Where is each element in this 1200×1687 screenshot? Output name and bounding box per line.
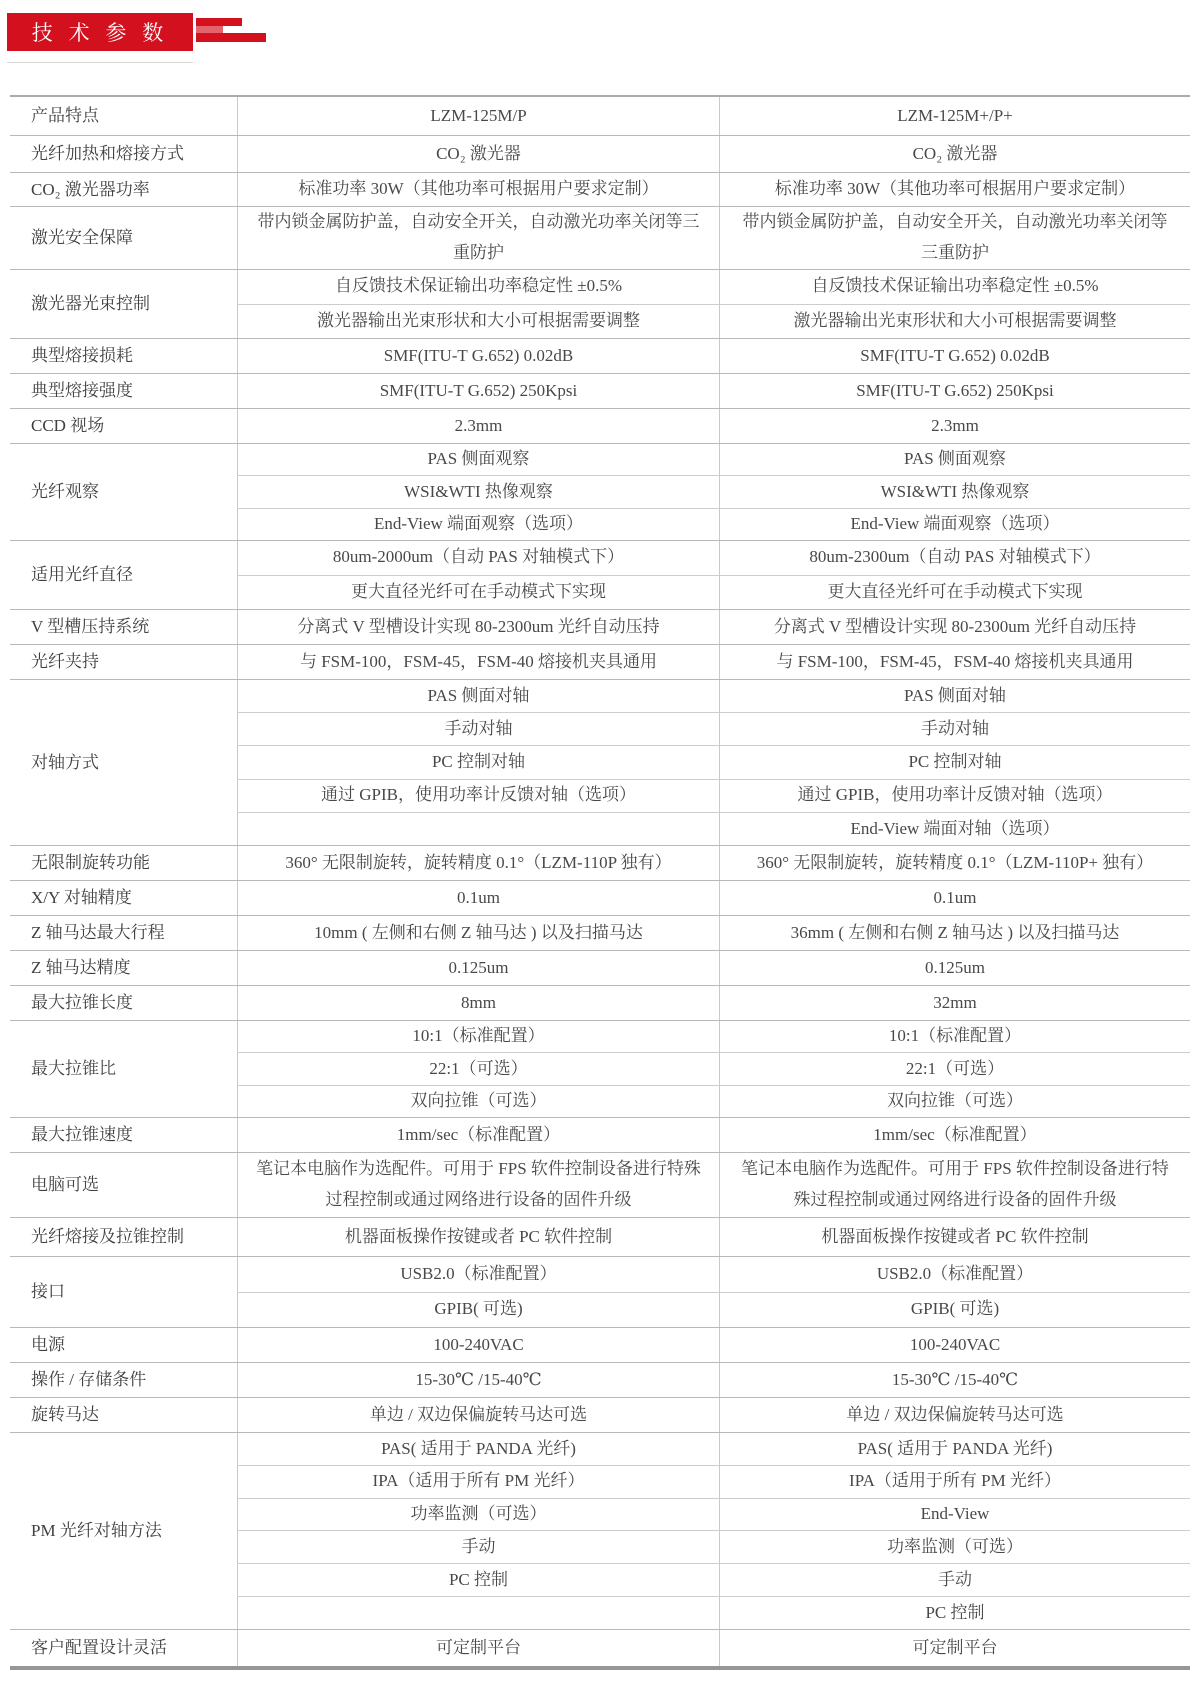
row-label: Z 轴马达最大行程: [10, 916, 237, 950]
cell-value: LZM-125M/P: [238, 97, 719, 135]
cell-value: 单边 / 双边保偏旋转马达可选: [238, 1398, 719, 1432]
row-label: 典型熔接强度: [10, 374, 237, 408]
table-row: 激光器光束控制自反馈技术保证输出功率稳定性 ±0.5%激光器输出光束形状和大小可…: [10, 270, 1190, 339]
cell-value: GPIB( 可选): [238, 1292, 719, 1328]
row-label: 最大拉锥长度: [10, 986, 237, 1020]
table-row: 光纤加热和熔接方式CO₂ 激光器CO₂ 激光器: [10, 136, 1190, 173]
column-lzm-125mp: 8mm: [237, 986, 719, 1020]
cell-value: PC 控制: [238, 1563, 719, 1596]
row-label: 电源: [10, 1328, 237, 1362]
column-lzm-125mp: 80um-2000um（自动 PAS 对轴模式下）更大直径光纤可在手动模式下实现: [237, 541, 719, 609]
table-row: 无限制旋转功能360° 无限制旋转，旋转精度 0.1°（LZM-110P 独有）…: [10, 846, 1190, 881]
row-label: 最大拉锥速度: [10, 1118, 237, 1152]
column-lzm-125mp: 单边 / 双边保偏旋转马达可选: [237, 1398, 719, 1432]
column-lzm-125mp-plus: USB2.0（标准配置）GPIB( 可选): [719, 1257, 1190, 1327]
column-lzm-125mp-plus: PAS( 适用于 PANDA 光纤)IPA（适用于所有 PM 光纤）End-Vi…: [719, 1433, 1190, 1629]
cell-value: 手动: [238, 1530, 719, 1563]
header-accent-bars-icon: [196, 18, 296, 44]
section-title: 技 术 参 数: [32, 17, 169, 47]
table-row: 电源100-240VAC100-240VAC: [10, 1328, 1190, 1363]
row-label: 光纤熔接及拉锥控制: [10, 1218, 237, 1256]
table-row: 典型熔接损耗SMF(ITU-T G.652) 0.02dBSMF(ITU-T G…: [10, 339, 1190, 374]
row-label: 无限制旋转功能: [10, 846, 237, 880]
table-row: Z 轴马达精度0.125um0.125um: [10, 951, 1190, 986]
cell-value: [238, 812, 719, 845]
cell-value: CO₂ 激光器: [720, 136, 1190, 172]
table-row: 典型熔接强度SMF(ITU-T G.652) 250KpsiSMF(ITU-T …: [10, 374, 1190, 409]
column-lzm-125mp-plus: SMF(ITU-T G.652) 250Kpsi: [719, 374, 1190, 408]
cell-value: 8mm: [238, 986, 719, 1020]
column-lzm-125mp-plus: 2.3mm: [719, 409, 1190, 443]
cell-value: PC 控制对轴: [720, 745, 1190, 778]
cell-value: IPA（适用于所有 PM 光纤）: [238, 1465, 719, 1498]
column-lzm-125mp-plus: 标准功率 30W（其他功率可根据用户要求定制）: [719, 173, 1190, 206]
cell-value: PAS 侧面观察: [238, 444, 719, 475]
cell-value: 可定制平台: [238, 1630, 719, 1666]
row-label: 激光器光束控制: [10, 270, 237, 338]
table-row: 光纤夹持与 FSM-100，FSM-45，FSM-40 熔接机夹具通用与 FSM…: [10, 645, 1190, 680]
cell-value: 通过 GPIB，使用功率计反馈对轴（选项）: [238, 779, 719, 812]
table-row: 最大拉锥速度1mm/sec（标准配置）1mm/sec（标准配置）: [10, 1118, 1190, 1153]
row-label: 光纤观察: [10, 444, 237, 540]
cell-value: End-View 端面观察（选项）: [720, 508, 1190, 540]
cell-value: 带内锁金属防护盖，自动安全开关，自动激光功率关闭等三重防护: [238, 207, 719, 269]
column-lzm-125mp: 10mm ( 左侧和右侧 Z 轴马达 ) 以及扫描马达: [237, 916, 719, 950]
table-row: 最大拉锥长度8mm32mm: [10, 986, 1190, 1021]
row-label: X/Y 对轴精度: [10, 881, 237, 915]
table-row: X/Y 对轴精度0.1um0.1um: [10, 881, 1190, 916]
table-row: 客户配置设计灵活可定制平台可定制平台: [10, 1630, 1190, 1666]
cell-value: WSI&WTI 热像观察: [720, 475, 1190, 507]
column-lzm-125mp: CO₂ 激光器: [237, 136, 719, 172]
column-lzm-125mp: LZM-125M/P: [237, 97, 719, 135]
table-row: 旋转马达单边 / 双边保偏旋转马达可选单边 / 双边保偏旋转马达可选: [10, 1398, 1190, 1433]
cell-value: 360° 无限制旋转，旋转精度 0.1°（LZM-110P+ 独有）: [720, 846, 1190, 880]
cell-value: 机器面板操作按键或者 PC 软件控制: [720, 1218, 1190, 1256]
column-lzm-125mp-plus: 与 FSM-100，FSM-45，FSM-40 熔接机夹具通用: [719, 645, 1190, 679]
row-label: 适用光纤直径: [10, 541, 237, 609]
column-lzm-125mp: 带内锁金属防护盖，自动安全开关，自动激光功率关闭等三重防护: [237, 207, 719, 269]
column-lzm-125mp: 15-30℃ /15-40℃: [237, 1363, 719, 1397]
column-lzm-125mp: 自反馈技术保证输出功率稳定性 ±0.5%激光器输出光束形状和大小可根据需要调整: [237, 270, 719, 338]
cell-value: 笔记本电脑作为选配件。可用于 FPS 软件控制设备进行特殊过程控制或通过网络进行…: [238, 1153, 719, 1217]
cell-value: End-View 端面观察（选项）: [238, 508, 719, 540]
column-lzm-125mp: 机器面板操作按键或者 PC 软件控制: [237, 1218, 719, 1256]
cell-value: PAS 侧面对轴: [720, 680, 1190, 712]
cell-value: 1mm/sec（标准配置）: [720, 1118, 1190, 1152]
column-lzm-125mp: SMF(ITU-T G.652) 250Kpsi: [237, 374, 719, 408]
row-label: 光纤加热和熔接方式: [10, 136, 237, 172]
cell-value: SMF(ITU-T G.652) 250Kpsi: [720, 374, 1190, 408]
accent-bar-middle: [196, 26, 223, 33]
row-label: 光纤夹持: [10, 645, 237, 679]
column-lzm-125mp: SMF(ITU-T G.652) 0.02dB: [237, 339, 719, 373]
cell-value: 80um-2300um（自动 PAS 对轴模式下）: [720, 541, 1190, 575]
cell-value: 分离式 V 型槽设计实现 80-2300um 光纤自动压持: [720, 610, 1190, 644]
cell-value: PC 控制对轴: [238, 745, 719, 778]
column-lzm-125mp-plus: 可定制平台: [719, 1630, 1190, 1666]
cell-value: 自反馈技术保证输出功率稳定性 ±0.5%: [238, 270, 719, 304]
cell-value: 2.3mm: [720, 409, 1190, 443]
cell-value: 15-30℃ /15-40℃: [238, 1363, 719, 1397]
column-lzm-125mp-plus: 1mm/sec（标准配置）: [719, 1118, 1190, 1152]
cell-value: 0.125um: [238, 951, 719, 985]
cell-value: 激光器输出光束形状和大小可根据需要调整: [720, 304, 1190, 339]
table-row: 光纤观察PAS 侧面观察WSI&WTI 热像观察End-View 端面观察（选项…: [10, 444, 1190, 541]
row-label: V 型槽压持系统: [10, 610, 237, 644]
accent-bar-top: [196, 18, 242, 26]
column-lzm-125mp-plus: 36mm ( 左侧和右侧 Z 轴马达 ) 以及扫描马达: [719, 916, 1190, 950]
column-lzm-125mp-plus: PAS 侧面对轴手动对轴PC 控制对轴通过 GPIB，使用功率计反馈对轴（选项）…: [719, 680, 1190, 845]
row-label: 电脑可选: [10, 1153, 237, 1217]
table-row: 光纤熔接及拉锥控制机器面板操作按键或者 PC 软件控制机器面板操作按键或者 PC…: [10, 1218, 1190, 1257]
cell-value: 15-30℃ /15-40℃: [720, 1363, 1190, 1397]
cell-value: USB2.0（标准配置）: [238, 1257, 719, 1292]
row-label: CO₂ 激光器功率: [10, 173, 237, 206]
column-lzm-125mp: 100-240VAC: [237, 1328, 719, 1362]
cell-value: SMF(ITU-T G.652) 250Kpsi: [238, 374, 719, 408]
cell-value: 0.125um: [720, 951, 1190, 985]
table-row: CCD 视场2.3mm2.3mm: [10, 409, 1190, 444]
cell-value: 手动: [720, 1563, 1190, 1596]
cell-value: 功率监测（可选）: [238, 1498, 719, 1531]
cell-value: 标准功率 30W（其他功率可根据用户要求定制）: [238, 173, 719, 206]
cell-value: IPA（适用于所有 PM 光纤）: [720, 1465, 1190, 1498]
cell-value: 0.1um: [238, 881, 719, 915]
row-label: CCD 视场: [10, 409, 237, 443]
title-underline: [7, 62, 193, 63]
cell-value: PC 控制: [720, 1596, 1190, 1629]
spec-table: 产品特点LZM-125M/PLZM-125M+/P+光纤加热和熔接方式CO₂ 激…: [10, 95, 1190, 1670]
cell-value: 与 FSM-100，FSM-45，FSM-40 熔接机夹具通用: [720, 645, 1190, 679]
table-row: CO₂ 激光器功率标准功率 30W（其他功率可根据用户要求定制）标准功率 30W…: [10, 173, 1190, 207]
cell-value: 1mm/sec（标准配置）: [238, 1118, 719, 1152]
column-lzm-125mp-plus: 0.125um: [719, 951, 1190, 985]
column-lzm-125mp: USB2.0（标准配置）GPIB( 可选): [237, 1257, 719, 1327]
table-row: V 型槽压持系统分离式 V 型槽设计实现 80-2300um 光纤自动压持分离式…: [10, 610, 1190, 645]
cell-value: 与 FSM-100，FSM-45，FSM-40 熔接机夹具通用: [238, 645, 719, 679]
column-lzm-125mp-plus: 单边 / 双边保偏旋转马达可选: [719, 1398, 1190, 1432]
cell-value: 带内锁金属防护盖，自动安全开关，自动激光功率关闭等三重防护: [720, 207, 1190, 269]
cell-value: PAS( 适用于 PANDA 光纤): [238, 1433, 719, 1465]
column-lzm-125mp: PAS 侧面观察WSI&WTI 热像观察End-View 端面观察（选项）: [237, 444, 719, 540]
cell-value: GPIB( 可选): [720, 1292, 1190, 1328]
table-row: 对轴方式PAS 侧面对轴手动对轴PC 控制对轴通过 GPIB，使用功率计反馈对轴…: [10, 680, 1190, 846]
cell-value: 双向拉锥（可选）: [720, 1085, 1190, 1117]
cell-value: PAS 侧面对轴: [238, 680, 719, 712]
column-lzm-125mp-plus: 机器面板操作按键或者 PC 软件控制: [719, 1218, 1190, 1256]
column-lzm-125mp-plus: 分离式 V 型槽设计实现 80-2300um 光纤自动压持: [719, 610, 1190, 644]
row-label: 典型熔接损耗: [10, 339, 237, 373]
cell-value: 标准功率 30W（其他功率可根据用户要求定制）: [720, 173, 1190, 206]
cell-value: 更大直径光纤可在手动模式下实现: [238, 575, 719, 610]
column-lzm-125mp-plus: LZM-125M+/P+: [719, 97, 1190, 135]
column-lzm-125mp: 0.1um: [237, 881, 719, 915]
column-lzm-125mp: 可定制平台: [237, 1630, 719, 1666]
cell-value: [238, 1596, 719, 1629]
row-label: 产品特点: [10, 97, 237, 135]
column-lzm-125mp-plus: 15-30℃ /15-40℃: [719, 1363, 1190, 1397]
table-row: 接口USB2.0（标准配置）GPIB( 可选)USB2.0（标准配置）GPIB(…: [10, 1257, 1190, 1328]
table-row: 电脑可选笔记本电脑作为选配件。可用于 FPS 软件控制设备进行特殊过程控制或通过…: [10, 1153, 1190, 1218]
cell-value: 10:1（标准配置）: [720, 1021, 1190, 1052]
cell-value: WSI&WTI 热像观察: [238, 475, 719, 507]
column-lzm-125mp: 360° 无限制旋转，旋转精度 0.1°（LZM-110P 独有）: [237, 846, 719, 880]
cell-value: 单边 / 双边保偏旋转马达可选: [720, 1398, 1190, 1432]
cell-value: 笔记本电脑作为选配件。可用于 FPS 软件控制设备进行特殊过程控制或通过网络进行…: [720, 1153, 1190, 1217]
table-row: PM 光纤对轴方法PAS( 适用于 PANDA 光纤)IPA（适用于所有 PM …: [10, 1433, 1190, 1630]
accent-bar-bottom: [196, 33, 266, 42]
cell-value: 双向拉锥（可选）: [238, 1085, 719, 1117]
row-label: 接口: [10, 1257, 237, 1327]
row-label: 客户配置设计灵活: [10, 1630, 237, 1666]
column-lzm-125mp-plus: SMF(ITU-T G.652) 0.02dB: [719, 339, 1190, 373]
column-lzm-125mp-plus: 自反馈技术保证输出功率稳定性 ±0.5%激光器输出光束形状和大小可根据需要调整: [719, 270, 1190, 338]
column-lzm-125mp-plus: 100-240VAC: [719, 1328, 1190, 1362]
row-label: 操作 / 存储条件: [10, 1363, 237, 1397]
datasheet-page: 技 术 参 数 产品特点LZM-125M/PLZM-125M+/P+光纤加热和熔…: [0, 0, 1200, 1687]
row-label: 对轴方式: [10, 680, 237, 845]
table-row: 最大拉锥比10:1（标准配置）22:1（可选）双向拉锥（可选）10:1（标准配置…: [10, 1021, 1190, 1118]
row-label: PM 光纤对轴方法: [10, 1433, 237, 1629]
cell-value: End-View: [720, 1498, 1190, 1531]
cell-value: CO₂ 激光器: [238, 136, 719, 172]
column-lzm-125mp-plus: 10:1（标准配置）22:1（可选）双向拉锥（可选）: [719, 1021, 1190, 1117]
column-lzm-125mp-plus: 32mm: [719, 986, 1190, 1020]
column-lzm-125mp: 1mm/sec（标准配置）: [237, 1118, 719, 1152]
column-lzm-125mp: PAS( 适用于 PANDA 光纤)IPA（适用于所有 PM 光纤）功率监测（可…: [237, 1433, 719, 1629]
column-lzm-125mp-plus: 笔记本电脑作为选配件。可用于 FPS 软件控制设备进行特殊过程控制或通过网络进行…: [719, 1153, 1190, 1217]
row-label: 旋转马达: [10, 1398, 237, 1432]
cell-value: 手动对轴: [238, 712, 719, 745]
column-lzm-125mp-plus: PAS 侧面观察WSI&WTI 热像观察End-View 端面观察（选项）: [719, 444, 1190, 540]
cell-value: PAS( 适用于 PANDA 光纤): [720, 1433, 1190, 1465]
cell-value: 10:1（标准配置）: [238, 1021, 719, 1052]
cell-value: 36mm ( 左侧和右侧 Z 轴马达 ) 以及扫描马达: [720, 916, 1190, 950]
column-lzm-125mp: 0.125um: [237, 951, 719, 985]
cell-value: PAS 侧面观察: [720, 444, 1190, 475]
column-lzm-125mp-plus: 0.1um: [719, 881, 1190, 915]
cell-value: 32mm: [720, 986, 1190, 1020]
column-lzm-125mp: PAS 侧面对轴手动对轴PC 控制对轴通过 GPIB，使用功率计反馈对轴（选项）: [237, 680, 719, 845]
cell-value: End-View 端面对轴（选项）: [720, 812, 1190, 845]
cell-value: LZM-125M+/P+: [720, 97, 1190, 135]
column-lzm-125mp-plus: CO₂ 激光器: [719, 136, 1190, 172]
cell-value: 360° 无限制旋转，旋转精度 0.1°（LZM-110P 独有）: [238, 846, 719, 880]
row-label: 最大拉锥比: [10, 1021, 237, 1117]
table-row: 产品特点LZM-125M/PLZM-125M+/P+: [10, 97, 1190, 136]
cell-value: 22:1（可选）: [720, 1052, 1190, 1084]
column-lzm-125mp: 标准功率 30W（其他功率可根据用户要求定制）: [237, 173, 719, 206]
column-lzm-125mp: 与 FSM-100，FSM-45，FSM-40 熔接机夹具通用: [237, 645, 719, 679]
cell-value: 0.1um: [720, 881, 1190, 915]
cell-value: SMF(ITU-T G.652) 0.02dB: [720, 339, 1190, 373]
cell-value: 激光器输出光束形状和大小可根据需要调整: [238, 304, 719, 339]
cell-value: 分离式 V 型槽设计实现 80-2300um 光纤自动压持: [238, 610, 719, 644]
cell-value: 自反馈技术保证输出功率稳定性 ±0.5%: [720, 270, 1190, 304]
row-label: Z 轴马达精度: [10, 951, 237, 985]
cell-value: 10mm ( 左侧和右侧 Z 轴马达 ) 以及扫描马达: [238, 916, 719, 950]
cell-value: 机器面板操作按键或者 PC 软件控制: [238, 1218, 719, 1256]
cell-value: SMF(ITU-T G.652) 0.02dB: [238, 339, 719, 373]
cell-value: 手动对轴: [720, 712, 1190, 745]
table-row: Z 轴马达最大行程10mm ( 左侧和右侧 Z 轴马达 ) 以及扫描马达36mm…: [10, 916, 1190, 951]
column-lzm-125mp: 分离式 V 型槽设计实现 80-2300um 光纤自动压持: [237, 610, 719, 644]
column-lzm-125mp: 2.3mm: [237, 409, 719, 443]
cell-value: 22:1（可选）: [238, 1052, 719, 1084]
column-lzm-125mp-plus: 80um-2300um（自动 PAS 对轴模式下）更大直径光纤可在手动模式下实现: [719, 541, 1190, 609]
column-lzm-125mp: 10:1（标准配置）22:1（可选）双向拉锥（可选）: [237, 1021, 719, 1117]
column-lzm-125mp-plus: 带内锁金属防护盖，自动安全开关，自动激光功率关闭等三重防护: [719, 207, 1190, 269]
cell-value: 100-240VAC: [238, 1328, 719, 1362]
table-row: 操作 / 存储条件15-30℃ /15-40℃15-30℃ /15-40℃: [10, 1363, 1190, 1398]
table-row: 激光安全保障带内锁金属防护盖，自动安全开关，自动激光功率关闭等三重防护带内锁金属…: [10, 207, 1190, 270]
cell-value: 100-240VAC: [720, 1328, 1190, 1362]
row-label: 激光安全保障: [10, 207, 237, 269]
column-lzm-125mp: 笔记本电脑作为选配件。可用于 FPS 软件控制设备进行特殊过程控制或通过网络进行…: [237, 1153, 719, 1217]
cell-value: 2.3mm: [238, 409, 719, 443]
column-lzm-125mp-plus: 360° 无限制旋转，旋转精度 0.1°（LZM-110P+ 独有）: [719, 846, 1190, 880]
cell-value: 通过 GPIB，使用功率计反馈对轴（选项）: [720, 779, 1190, 812]
cell-value: 功率监测（可选）: [720, 1530, 1190, 1563]
cell-value: 更大直径光纤可在手动模式下实现: [720, 575, 1190, 610]
section-title-box: 技 术 参 数: [7, 13, 193, 51]
cell-value: USB2.0（标准配置）: [720, 1257, 1190, 1292]
cell-value: 80um-2000um（自动 PAS 对轴模式下）: [238, 541, 719, 575]
cell-value: 可定制平台: [720, 1630, 1190, 1666]
table-row: 适用光纤直径80um-2000um（自动 PAS 对轴模式下）更大直径光纤可在手…: [10, 541, 1190, 610]
